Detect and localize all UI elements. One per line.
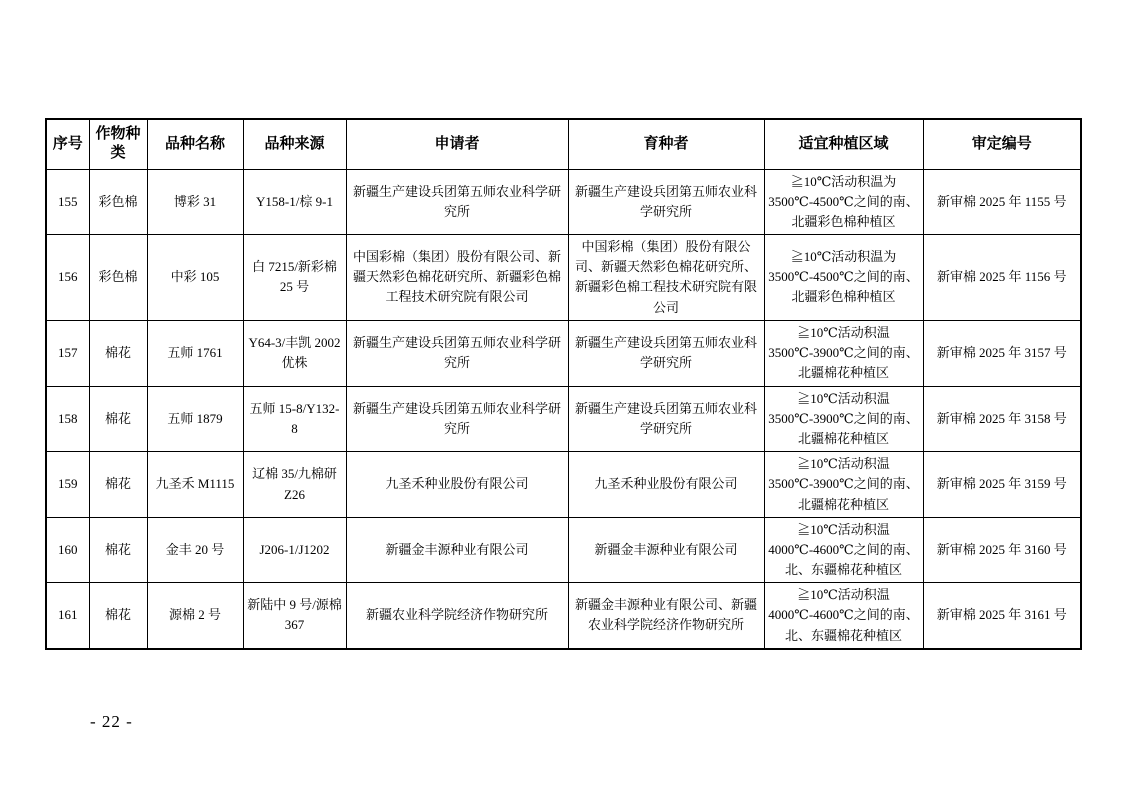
cell-region: ≧10℃活动积温 4000℃-4600℃之间的南、 北、东疆棉花种植区 — [764, 517, 923, 582]
cell-applicant: 新疆金丰源种业有限公司 — [346, 517, 568, 582]
table-row: 156 彩色棉 中彩 105 白 7215/新彩棉 25 号 中国彩棉（集团）股… — [46, 234, 1081, 320]
cell-variety-name: 源棉 2 号 — [147, 583, 243, 649]
cell-applicant: 新疆农业科学院经济作物研究所 — [346, 583, 568, 649]
cell-variety-source: J206-1/J1202 — [243, 517, 346, 582]
cell-variety-name: 金丰 20 号 — [147, 517, 243, 582]
cell-no: 160 — [46, 517, 89, 582]
cell-applicant: 中国彩棉（集团）股份有限公司、新疆天然彩色棉花研究所、新疆彩色棉工程技术研究院有… — [346, 234, 568, 320]
cell-variety-source: Y64-3/丰凯 2002 优株 — [243, 320, 346, 386]
cell-no: 156 — [46, 234, 89, 320]
variety-approval-table: 序号 作物种类 品种名称 品种来源 申请者 育种者 适宜种植区域 审定编号 15… — [45, 118, 1082, 650]
cell-region: ≧10℃活动积温 3500℃-3900℃之间的南、 北疆棉花种植区 — [764, 452, 923, 517]
cell-variety-name: 五师 1879 — [147, 386, 243, 451]
cell-crop: 彩色棉 — [89, 169, 147, 234]
cell-breeder: 新疆生产建设兵团第五师农业科学研究所 — [568, 169, 764, 234]
cell-region: ≧10℃活动积温为 3500℃-4500℃之间的南、 北疆彩色棉种植区 — [764, 234, 923, 320]
cell-approval-no: 新审棉 2025 年 3158 号 — [923, 386, 1081, 451]
cell-variety-source: 辽棉 35/九棉研 Z26 — [243, 452, 346, 517]
column-header-region: 适宜种植区域 — [764, 119, 923, 169]
cell-approval-no: 新审棉 2025 年 3159 号 — [923, 452, 1081, 517]
cell-applicant: 新疆生产建设兵团第五师农业科学研究所 — [346, 169, 568, 234]
page-number: - 22 - — [90, 712, 133, 732]
cell-breeder: 中国彩棉（集团）股份有限公司、新疆天然彩色棉花研究所、新疆彩色棉工程技术研究院有… — [568, 234, 764, 320]
column-header-variety-source: 品种来源 — [243, 119, 346, 169]
column-header-no: 序号 — [46, 119, 89, 169]
cell-no: 159 — [46, 452, 89, 517]
cell-no: 158 — [46, 386, 89, 451]
cell-breeder: 九圣禾种业股份有限公司 — [568, 452, 764, 517]
cell-variety-source: 白 7215/新彩棉 25 号 — [243, 234, 346, 320]
cell-variety-name: 九圣禾 M1115 — [147, 452, 243, 517]
cell-variety-name: 博彩 31 — [147, 169, 243, 234]
table-header-row: 序号 作物种类 品种名称 品种来源 申请者 育种者 适宜种植区域 审定编号 — [46, 119, 1081, 169]
cell-applicant: 新疆生产建设兵团第五师农业科学研究所 — [346, 320, 568, 386]
cell-approval-no: 新审棉 2025 年 1156 号 — [923, 234, 1081, 320]
cell-approval-no: 新审棉 2025 年 1155 号 — [923, 169, 1081, 234]
cell-approval-no: 新审棉 2025 年 3157 号 — [923, 320, 1081, 386]
cell-breeder: 新疆生产建设兵团第五师农业科学研究所 — [568, 320, 764, 386]
cell-variety-source: Y158-1/棕 9-1 — [243, 169, 346, 234]
cell-breeder: 新疆生产建设兵团第五师农业科学研究所 — [568, 386, 764, 451]
table-row: 158 棉花 五师 1879 五师 15-8/Y132-8 新疆生产建设兵团第五… — [46, 386, 1081, 451]
cell-variety-name: 五师 1761 — [147, 320, 243, 386]
table-row: 160 棉花 金丰 20 号 J206-1/J1202 新疆金丰源种业有限公司 … — [46, 517, 1081, 582]
cell-region: ≧10℃活动积温 3500℃-3900℃之间的南、 北疆棉花种植区 — [764, 320, 923, 386]
cell-approval-no: 新审棉 2025 年 3161 号 — [923, 583, 1081, 649]
cell-crop: 棉花 — [89, 386, 147, 451]
cell-breeder: 新疆金丰源种业有限公司、新疆农业科学院经济作物研究所 — [568, 583, 764, 649]
cell-region: ≧10℃活动积温为 3500℃-4500℃之间的南、 北疆彩色棉种植区 — [764, 169, 923, 234]
column-header-approval-no: 审定编号 — [923, 119, 1081, 169]
cell-variety-source: 新陆中 9 号/源棉 367 — [243, 583, 346, 649]
cell-crop: 棉花 — [89, 320, 147, 386]
cell-crop: 棉花 — [89, 517, 147, 582]
cell-no: 155 — [46, 169, 89, 234]
table-row: 157 棉花 五师 1761 Y64-3/丰凯 2002 优株 新疆生产建设兵团… — [46, 320, 1081, 386]
cell-no: 157 — [46, 320, 89, 386]
column-header-applicant: 申请者 — [346, 119, 568, 169]
cell-crop: 棉花 — [89, 583, 147, 649]
document-page: 序号 作物种类 品种名称 品种来源 申请者 育种者 适宜种植区域 审定编号 15… — [0, 0, 1122, 793]
cell-region: ≧10℃活动积温 4000℃-4600℃之间的南、 北、东疆棉花种植区 — [764, 583, 923, 649]
table-row: 159 棉花 九圣禾 M1115 辽棉 35/九棉研 Z26 九圣禾种业股份有限… — [46, 452, 1081, 517]
cell-variety-source: 五师 15-8/Y132-8 — [243, 386, 346, 451]
table-row: 161 棉花 源棉 2 号 新陆中 9 号/源棉 367 新疆农业科学院经济作物… — [46, 583, 1081, 649]
cell-region: ≧10℃活动积温 3500℃-3900℃之间的南、 北疆棉花种植区 — [764, 386, 923, 451]
column-header-variety-name: 品种名称 — [147, 119, 243, 169]
cell-applicant: 新疆生产建设兵团第五师农业科学研究所 — [346, 386, 568, 451]
cell-crop: 棉花 — [89, 452, 147, 517]
cell-variety-name: 中彩 105 — [147, 234, 243, 320]
column-header-crop: 作物种类 — [89, 119, 147, 169]
cell-breeder: 新疆金丰源种业有限公司 — [568, 517, 764, 582]
cell-crop: 彩色棉 — [89, 234, 147, 320]
table-row: 155 彩色棉 博彩 31 Y158-1/棕 9-1 新疆生产建设兵团第五师农业… — [46, 169, 1081, 234]
cell-no: 161 — [46, 583, 89, 649]
column-header-breeder: 育种者 — [568, 119, 764, 169]
cell-applicant: 九圣禾种业股份有限公司 — [346, 452, 568, 517]
cell-approval-no: 新审棉 2025 年 3160 号 — [923, 517, 1081, 582]
